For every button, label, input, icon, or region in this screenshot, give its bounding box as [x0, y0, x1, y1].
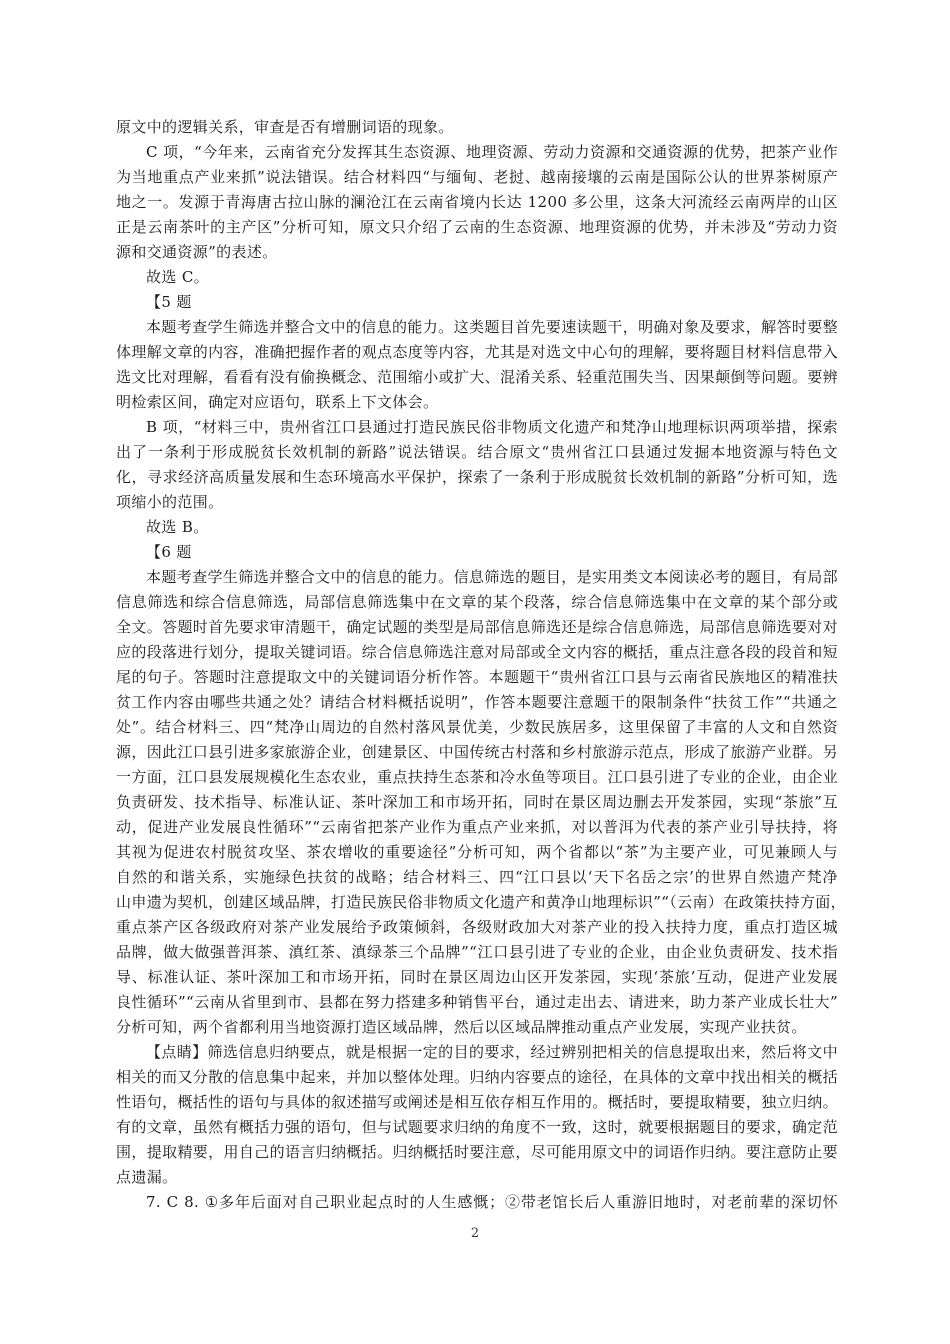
text-line: 良性循环”“云南从省里到市、县都在努力搭建多种销售平台，通过走出去、请进来，助力…: [116, 990, 838, 1015]
paragraph-continuation: 原文中的逻辑关系，审查是否有增删词语的现象。: [116, 115, 838, 140]
text-line: 处”。结合材料三、四“梵净山周边的自然村落风景优美，少数民族居多，这里保留了丰富…: [116, 715, 838, 740]
paragraph-q5-intro: 本题考查学生筛选并整合文中的信息的能力。这类题目首先要速读题干，明确对象及要求，…: [116, 315, 838, 415]
text-line: 7. C 8. ①多年后面对自己职业起点时的人生感慨；②带老馆长后人重游旧地时，…: [116, 1190, 838, 1215]
text-line: B 项，“材料三中，贵州省江口县通过打造民族民俗非物质文化遗产和梵净山地理标识两…: [116, 415, 838, 440]
text-line: 化，寻求经济高质量发展和生态环境高水平保护，探索了一条利于形成脱贫长效机制的新路…: [116, 465, 838, 490]
answers-q7-q8: 7. C 8. ①多年后面对自己职业起点时的人生感慨；②带老馆长后人重游旧地时，…: [116, 1190, 838, 1215]
text-line: 品牌，做大做强普洱茶、滇红茶、滇绿茶三个品牌”“江口县引进了专业的企业，由企业负…: [116, 940, 838, 965]
document-page: 原文中的逻辑关系，审查是否有增删词语的现象。 C 项，“今年来，云南省充分发挥其…: [116, 115, 838, 1215]
answer-c: 故选 C。: [116, 265, 838, 290]
text-line: 围，提取精要，用自己的语言归纳概括。归纳概括时要注意，尽可能用原文中的词语作归纳…: [116, 1140, 838, 1165]
text-line: 全文。答题时首先要求审清题干，确定试题的类型是局部信息筛选还是综合信息筛选，局部…: [116, 615, 838, 640]
text-line: 【点睛】筛选信息归纳要点，就是根据一定的目的要求，经过辨别把相关的信息提取出来，…: [116, 1040, 838, 1065]
text-line: 动，促进产业发展良性循环”“云南省把茶产业作为重点产业来抓，对以普洱为代表的茶产…: [116, 815, 838, 840]
text-line: 本题考查学生筛选并整合文中的信息的能力。这类题目首先要速读题干，明确对象及要求，…: [116, 315, 838, 340]
text-line: 一方面，江口县发展规模化生态农业，重点扶持生态茶和冷水鱼等项目。江口县引进了专业…: [116, 765, 838, 790]
paragraph-tip: 【点睛】筛选信息归纳要点，就是根据一定的目的要求，经过辨别把相关的信息提取出来，…: [116, 1040, 838, 1190]
text-line: 项缩小的范围。: [116, 490, 838, 515]
text-line: 性语句，概括性的语句与具体的叙述描写或阐述是相互依存相互作用的。概括时，要提取精…: [116, 1090, 838, 1115]
text-line: 明检索区间，确定对应语句，联系上下文体会。: [116, 390, 838, 415]
text-line: 其视为促进农村脱贫攻坚、茶农增收的重要途径”分析可知，两个省都以“茶”为主要产业…: [116, 840, 838, 865]
question-6-heading: 【6 题: [116, 540, 838, 565]
text-line: 分析可知，两个省都利用当地资源打造区域品牌，然后以区域品牌推动重点产业发展，实现…: [116, 1015, 838, 1040]
text-line: 源，因此江口县引进多家旅游企业，创建景区、中国传统古村落和乡村旅游示范点，形成了…: [116, 740, 838, 765]
text-line: 自然的和谐关系，实施绿色扶贫的战略；结合材料三、四“江口县以‘天下名岳之宗’的世…: [116, 865, 838, 890]
text-line: 应的段落进行划分，提取关键词语。综合信息筛选注意对局部或全文内容的概括，重点注意…: [116, 640, 838, 665]
text-line: 相关的而又分散的信息集中起来，并加以整体处理。归纳内容要点的途径，在具体的文章中…: [116, 1065, 838, 1090]
text-line: 信息筛选和综合信息筛选，局部信息筛选集中在文章的某个段落，综合信息筛选集中在文章…: [116, 590, 838, 615]
text-line: 正是云南茶叶的主产区”分析可知，原文只介绍了云南的生态资源、地理资源的优势，并未…: [116, 215, 838, 240]
text-line: 选文比对理解，看看有没有偷换概念、范围缩小或扩大、混淆关系、轻重范围失当、因果颠…: [116, 365, 838, 390]
text-line: 尾的句子。答题时注意提取文中的关键词语分析作答。本题题干“贵州省江口县与云南省民…: [116, 665, 838, 690]
text-line: 本题考查学生筛选并整合文中的信息的能力。信息筛选的题目，是实用类文本阅读必考的题…: [116, 565, 838, 590]
text-line: 山申遗为契机，创建区域品牌，打造民族民俗非物质文化遗产和黄净山地理标识”“（云南…: [116, 890, 838, 915]
text-line: 【6 题: [116, 540, 838, 565]
text-line: 原文中的逻辑关系，审查是否有增删词语的现象。: [116, 115, 838, 140]
text-line: 负责研发、技术指导、标准认证、茶叶深加工和市场开拓，同时在景区周边删去开发茶园，…: [116, 790, 838, 815]
text-line: 点遗漏。: [116, 1165, 838, 1190]
text-line: C 项，“今年来，云南省充分发挥其生态资源、地理资源、劳动力资源和交通资源的优势…: [116, 140, 838, 165]
paragraph-option-c-analysis: C 项，“今年来，云南省充分发挥其生态资源、地理资源、劳动力资源和交通资源的优势…: [116, 140, 838, 265]
paragraph-option-b-analysis: B 项，“材料三中，贵州省江口县通过打造民族民俗非物质文化遗产和梵净山地理标识两…: [116, 415, 838, 515]
text-line: 故选 B。: [116, 515, 838, 540]
text-line: 地之一。发源于青海唐古拉山脉的澜沧江在云南省境内长达 1200 多公里，这条大河…: [116, 190, 838, 215]
text-line: 源和交通资源”的表述。: [116, 240, 838, 265]
text-line: 有的文章，虽然有概括力强的语句，但与试题要求归纳的角度不一致，这时，就要根据题目…: [116, 1115, 838, 1140]
page-number: 2: [0, 1226, 950, 1241]
paragraph-q6-body: 本题考查学生筛选并整合文中的信息的能力。信息筛选的题目，是实用类文本阅读必考的题…: [116, 565, 838, 1040]
text-line: 导、标准认证、茶叶深加工和市场开拓，同时在景区周边山区开发茶园，实现‘茶旅’互动…: [116, 965, 838, 990]
text-line: 出了一条利于形成脱贫长效机制的新路”说法错误。结合原文“贵州省江口县通过发掘本地…: [116, 440, 838, 465]
answer-b: 故选 B。: [116, 515, 838, 540]
text-line: 为当地重点产业来抓”说法错误。结合材料四“与缅甸、老挝、越南接壤的云南是国际公认…: [116, 165, 838, 190]
text-line: 重点茶产区各级政府对茶产业发展给予政策倾斜，各级财政加大对茶产业的投入扶持力度，…: [116, 915, 838, 940]
text-line: 贫工作内容由哪些共通之处？请结合材料概括说明”，作答本题要注意题干的限制条件“扶…: [116, 690, 838, 715]
question-5-heading: 【5 题: [116, 290, 838, 315]
text-line: 故选 C。: [116, 265, 838, 290]
text-line: 体理解文章的内容，准确把握作者的观点态度等内容，尤其是对选文中心句的理解，要将题…: [116, 340, 838, 365]
text-line: 【5 题: [116, 290, 838, 315]
